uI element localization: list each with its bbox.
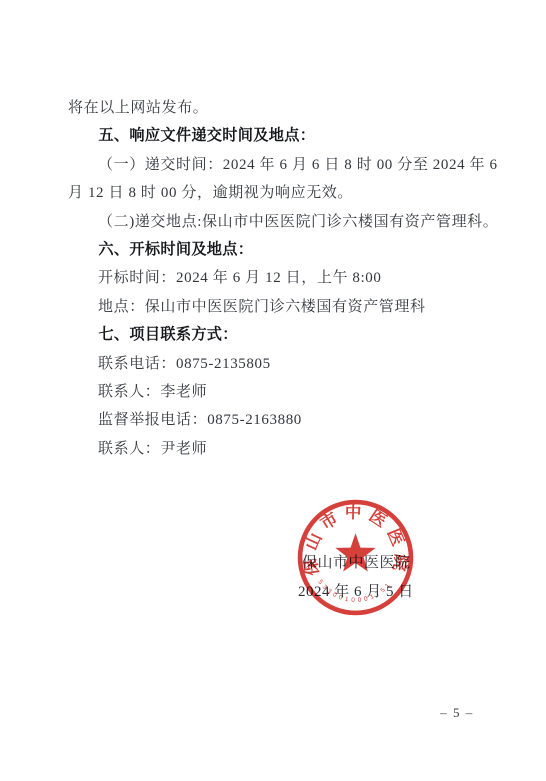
- submission-place-line: （二)递交地点:保山市中医医院门诊六楼国有资产管理科。: [68, 208, 482, 236]
- official-seal-graphic: 保山市中医医院 5330010001751: [295, 497, 416, 618]
- page-number: – 5 –: [422, 705, 492, 721]
- paragraph-continuation: 将在以上网站发布。: [68, 94, 482, 122]
- report-phone-line: 监督举报电话：0875-2163880: [68, 406, 482, 434]
- section-heading-5: 五、响应文件递交时间及地点：: [68, 122, 482, 150]
- seal-code-text: 5330010001751: [316, 579, 393, 604]
- section-heading-6: 六、开标时间及地点：: [68, 236, 482, 264]
- notice-body: 将在以上网站发布。 五、响应文件递交时间及地点： （一）递交时间：2024 年 …: [68, 94, 482, 463]
- bid-opening-time-line: 开标时间：2024 年 6 月 12 日，上午 8:00: [68, 264, 482, 292]
- submission-time-line-2: 月 12 日 8 时 00 分，逾期视为响应无效。: [68, 179, 482, 207]
- submission-time-line-1: （一）递交时间：2024 年 6 月 6 日 8 时 00 分至 2024 年 …: [68, 151, 482, 179]
- bid-opening-place-line: 地点：保山市中医医院门诊六楼国有资产管理科: [68, 293, 482, 321]
- contact-person-line-1: 联系人：李老师: [68, 378, 482, 406]
- section-heading-7: 七、项目联系方式：: [68, 321, 482, 349]
- official-seal: 保山市中医医院 5330010001751: [295, 497, 416, 618]
- seal-star: [335, 533, 375, 571]
- contact-phone-line: 联系电话：0875-2135805: [68, 350, 482, 378]
- document-page: 将在以上网站发布。 五、响应文件递交时间及地点： （一）递交时间：2024 年 …: [0, 0, 546, 781]
- contact-person-line-2: 联系人：尹老师: [68, 435, 482, 463]
